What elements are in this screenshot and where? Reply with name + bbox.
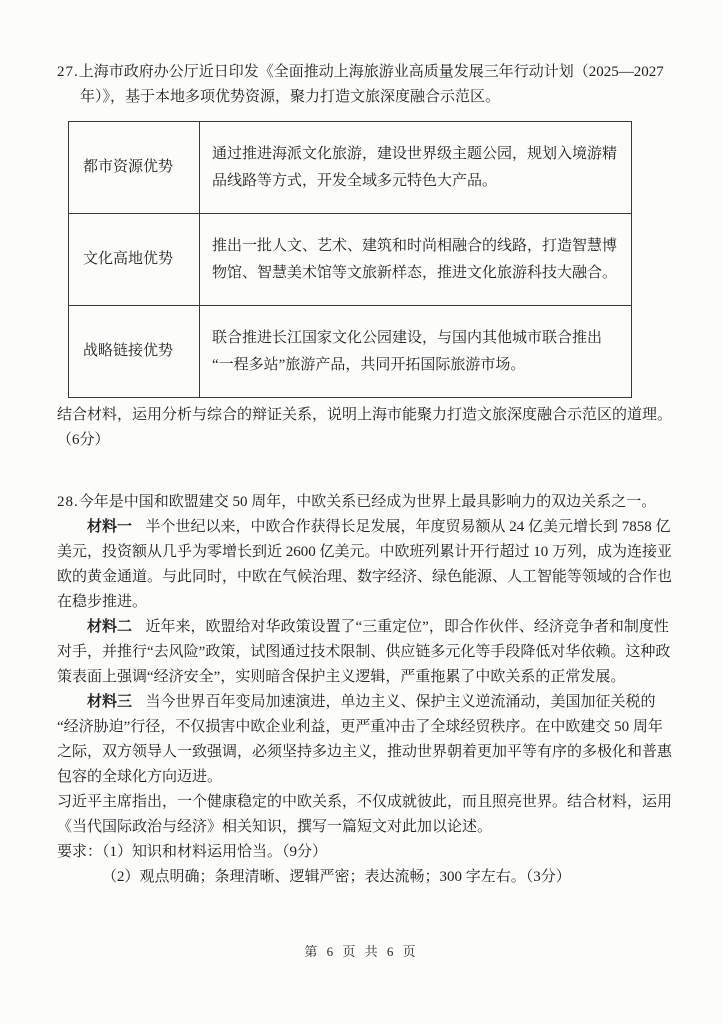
page-number-footer: 第 6 页 共 6 页 (0, 939, 723, 964)
table-row: 战略链接优势 联合推进长江国家文化公园建设，与国内其他城市联合推出“一程多站”旅… (69, 306, 632, 398)
advantage-content-cell: 联合推进长江国家文化公园建设，与国内其他城市联合推出“一程多站”旅游产品，共同开… (200, 306, 632, 398)
material-2-text: 近年来，欧盟给对华政策设置了“三重定位”，即合作伙伴、经济竞争者和制度性对手，并… (57, 619, 670, 685)
question-28-requirement-1: 要求：（1）知识和材料运用恰当。（9分） (57, 840, 675, 865)
question-27-number: 27. (57, 64, 79, 80)
table-row: 都市资源优势 通过推进海派文化旅游，建设世界级主题公园，规划入境游精品线路等方式… (69, 122, 632, 214)
material-2: 材料二近年来，欧盟给对华政策设置了“三重定位”，即合作伙伴、经济竞争者和制度性对… (57, 615, 675, 690)
question-27-stem: 27.上海市政府办公厅近日印发《全面推动上海旅游业高质量发展三年行动计划（202… (57, 60, 675, 110)
material-3: 材料三当今世界百年变局加速演进，单边主义、保护主义逆流涌动，美国加征关税的“经济… (57, 690, 675, 790)
material-3-label: 材料三 (87, 694, 132, 710)
question-28-conclusion: 习近平主席指出，一个健康稳定的中欧关系，不仅成就彼此，而且照亮世界。结合材料，运… (57, 790, 675, 840)
material-1-text: 半个世纪以来，中欧合作获得长足发展，年度贸易额从 24 亿美元增长到 7858 … (57, 519, 672, 610)
exam-paper-page: 27.上海市政府办公厅近日印发《全面推动上海旅游业高质量发展三年行动计划（202… (0, 0, 723, 1024)
material-3-text: 当今世界百年变局加速演进，单边主义、保护主义逆流涌动，美国加征关税的“经济胁迫”… (57, 694, 672, 785)
question-28-stem: 28.今年是中国和欧盟建交 50 周年，中欧关系已经成为世界上最具影响力的双边关… (57, 490, 675, 515)
advantage-content-cell: 通过推进海派文化旅游，建设世界级主题公园，规划入境游精品线路等方式，开发全域多元… (200, 122, 632, 214)
material-1-label: 材料一 (87, 519, 132, 535)
material-1: 材料一半个世纪以来，中欧合作获得长足发展，年度贸易额从 24 亿美元增长到 78… (57, 515, 675, 615)
advantage-label-cell: 战略链接优势 (69, 306, 200, 398)
question-28-requirement-2: （2）观点明确；条理清晰、逻辑严密；表达流畅；300 字左右。（3分） (57, 865, 675, 890)
question-27: 27.上海市政府办公厅近日印发《全面推动上海旅游业高质量发展三年行动计划（202… (57, 60, 675, 453)
question-28: 28.今年是中国和欧盟建交 50 周年，中欧关系已经成为世界上最具影响力的双边关… (57, 490, 675, 890)
page-content: 27.上海市政府办公厅近日印发《全面推动上海旅游业高质量发展三年行动计划（202… (57, 60, 675, 890)
advantage-content-cell: 推出一批人文、艺术、建筑和时尚相融合的线路，打造智慧博物馆、智慧美术馆等文旅新样… (200, 214, 632, 306)
question-28-number: 28. (57, 494, 79, 510)
question-28-stem-text: 今年是中国和欧盟建交 50 周年，中欧关系已经成为世界上最具影响力的双边关系之一… (79, 494, 657, 510)
advantage-label-cell: 都市资源优势 (69, 122, 200, 214)
question-27-stem-text: 上海市政府办公厅近日印发《全面推动上海旅游业高质量发展三年行动计划（2025—2… (79, 64, 664, 105)
advantage-label-cell: 文化高地优势 (69, 214, 200, 306)
material-2-label: 材料二 (87, 619, 132, 635)
table-row: 文化高地优势 推出一批人文、艺术、建筑和时尚相融合的线路，打造智慧博物馆、智慧美… (69, 214, 632, 306)
advantage-table: 都市资源优势 通过推进海派文化旅游，建设世界级主题公园，规划入境游精品线路等方式… (68, 121, 632, 398)
question-27-task: 结合材料，运用分析与综合的辩证关系，说明上海市能聚力打造文旅深度融合示范区的道理… (57, 403, 675, 453)
